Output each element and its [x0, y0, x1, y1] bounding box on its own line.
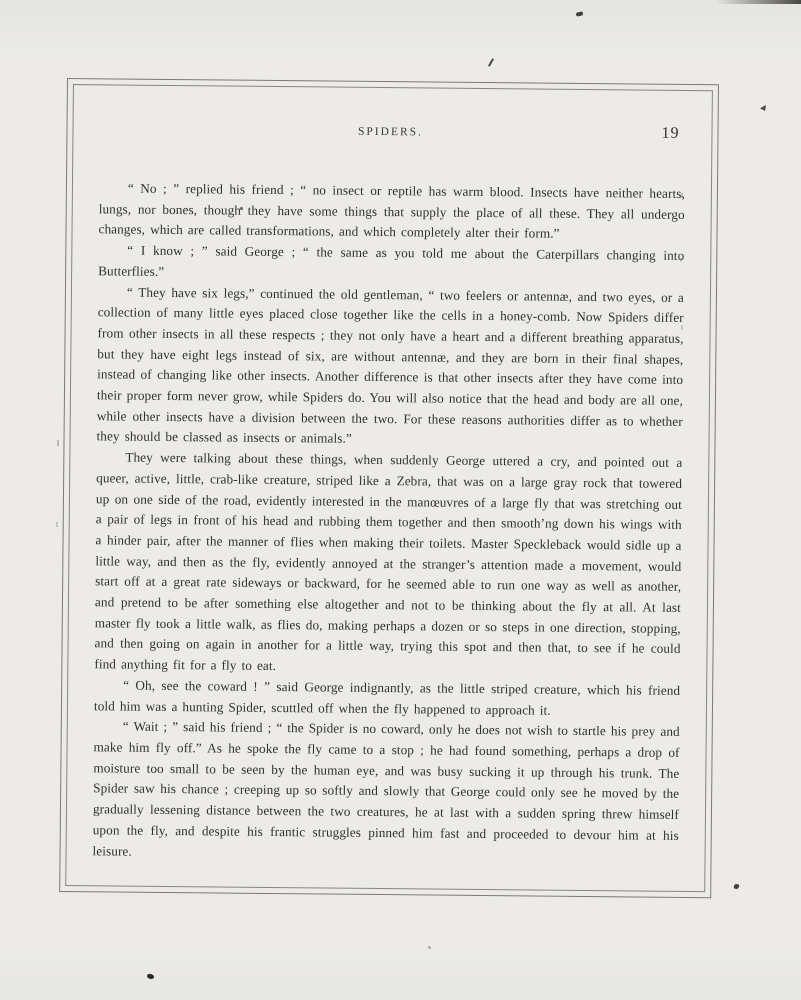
pen-slash-mark: [488, 58, 494, 67]
ink-speck: [733, 883, 739, 889]
page-frame: SPIDERS. 19 “ No ; ” replied his friend …: [59, 78, 719, 898]
paragraph: “ They have six legs,” continued the old…: [96, 282, 684, 453]
scan-edge-smudge: [716, 0, 801, 4]
ink-speck: [146, 973, 154, 980]
paragraph: “ I know ; ” said George ; “ the same as…: [98, 240, 684, 287]
page-number: 19: [661, 125, 679, 143]
body-text: “ No ; ” replied his friend ; “ no insec…: [92, 178, 685, 867]
border-dash-artifact: [56, 522, 58, 527]
paragraph: “ Oh, see the coward ! ” said George ind…: [94, 675, 680, 722]
ink-speck: [760, 105, 766, 111]
paragraph: “ Wait ; ” said his friend ; “ the Spide…: [92, 717, 679, 868]
paragraph: “ No ; ” replied his friend ; “ no insec…: [98, 178, 685, 246]
scanned-book-page: SPIDERS. 19 “ No ; ” replied his friend …: [0, 0, 801, 1000]
paragraph: They were talking about these things, wh…: [94, 447, 682, 680]
ink-speck: [428, 946, 431, 949]
border-dash-artifact: [57, 440, 59, 446]
page-title: SPIDERS.: [358, 126, 423, 139]
ink-speck: [576, 11, 584, 16]
